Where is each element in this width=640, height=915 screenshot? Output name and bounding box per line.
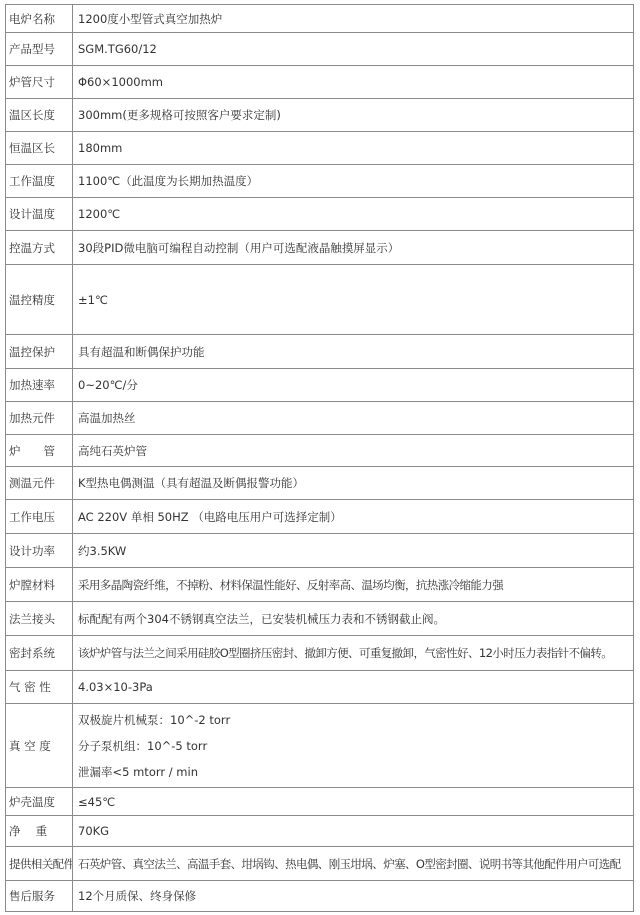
table-row: 温控精度 ±1℃ [6,265,634,335]
row-value-after-sales: 12个月质保、终身保修 [73,881,634,912]
row-value-heating-rate: 0~20℃/分 [73,369,634,402]
table-row: 炉膛材料 采用多晶陶瓷纤维，不掉粉、材料保温性能好、反射率高、温场均衡，抗热涨冷… [6,568,634,602]
row-value-vacuum: 双极旋片机械泵：10^-2 torr 分子泵机组：10^-5 torr 泄漏率<… [73,704,634,788]
row-label-zone-length: 温区长度 [6,99,73,132]
row-label-tube-size: 炉管尺寸 [6,66,73,99]
table-row: 密封系统 该炉炉管与法兰之间采用硅胶O型圈挤压密封、撤卸方便、可重复撤卸，气密性… [6,636,634,671]
row-label-vacuum: 真 空 度 [6,704,73,788]
row-value-furnace-tube: 高纯石英炉管 [73,435,634,467]
row-label-model: 产品型号 [6,33,73,66]
row-value-accessories: 石英炉管、真空法兰、高温手套、坩埚钩、热电偶、刚玉坩埚、炉塞、O型密封圈、说明书… [73,847,634,881]
table-row: 电炉名称 1200度小型管式真空加热炉 [6,5,634,33]
row-label-furnace-name: 电炉名称 [6,5,73,33]
table-row: 工作电压 AC 220V 单相 50HZ （电路电压用户可选择定制） [6,500,634,534]
row-value-working-voltage: AC 220V 单相 50HZ （电路电压用户可选择定制） [73,500,634,534]
table-row: 炉管尺寸 Φ60×1000mm [6,66,634,99]
spec-table-body: 电炉名称 1200度小型管式真空加热炉 产品型号 SGM.TG60/12 炉管尺… [6,5,634,912]
row-value-shell-temp: ≤45℃ [73,788,634,816]
row-label-control-method: 控温方式 [6,231,73,265]
vacuum-line-mechanical-pump: 双极旋片机械泵：10^-2 torr [78,707,628,733]
row-label-furnace-tube: 炉 管 [6,435,73,467]
table-row: 气 密 性 4.03×10-3Pa [6,671,634,704]
row-value-control-accuracy: ±1℃ [73,265,634,335]
row-label-airtightness: 气 密 性 [6,671,73,704]
table-row: 控温方式 30段PID微电脑可编程自动控制（用户可选配液晶触摸屏显示） [6,231,634,265]
table-row: 工作温度 1100℃（此温度为长期加热温度） [6,165,634,198]
table-row: 测温元件 K型热电偶测温（具有超温及断偶报警功能） [6,467,634,500]
table-row: 设计温度 1200℃ [6,198,634,231]
row-label-working-voltage: 工作电压 [6,500,73,534]
row-value-constant-zone: 180mm [73,132,634,165]
table-row: 加热元件 高温加热丝 [6,402,634,435]
row-value-working-temp: 1100℃（此温度为长期加热温度） [73,165,634,198]
row-value-design-temp: 1200℃ [73,198,634,231]
row-label-design-temp: 设计温度 [6,198,73,231]
row-value-temp-sensor: K型热电偶测温（具有超温及断偶报警功能） [73,467,634,500]
row-label-temp-sensor: 测温元件 [6,467,73,500]
row-label-working-temp: 工作温度 [6,165,73,198]
row-label-heating-element: 加热元件 [6,402,73,435]
vacuum-line-molecular-pump: 分子泵机组：10^-5 torr [78,733,628,759]
table-row: 加热速率 0~20℃/分 [6,369,634,402]
row-value-tube-size: Φ60×1000mm [73,66,634,99]
table-row: 温区长度 300mm(更多规格可按照客户要求定制) [6,99,634,132]
row-value-furnace-name: 1200度小型管式真空加热炉 [73,5,634,33]
table-row: 温控保护 具有超温和断偶保护功能 [6,335,634,369]
row-label-seal-system: 密封系统 [6,636,73,671]
row-label-flange: 法兰接头 [6,602,73,636]
table-row: 炉 管 高纯石英炉管 [6,435,634,467]
row-label-after-sales: 售后服务 [6,881,73,912]
vacuum-line-leak-rate: 泄漏率<5 mtorr / min [78,759,628,785]
row-label-chamber-material: 炉膛材料 [6,568,73,602]
row-value-seal-system: 该炉炉管与法兰之间采用硅胶O型圈挤压密封、撤卸方便、可重复撤卸，气密性好、12小… [73,636,634,671]
row-label-design-power: 设计功率 [6,534,73,568]
row-label-temp-protection: 温控保护 [6,335,73,369]
row-value-zone-length: 300mm(更多规格可按照客户要求定制) [73,99,634,132]
table-row: 产品型号 SGM.TG60/12 [6,33,634,66]
row-value-flange: 标配配有两个304不锈钢真空法兰，已安装机械压力表和不锈钢截止阀。 [73,602,634,636]
table-row: 设计功率 约3.5KW [6,534,634,568]
row-value-net-weight: 70KG [73,816,634,847]
table-row: 法兰接头 标配配有两个304不锈钢真空法兰，已安装机械压力表和不锈钢截止阀。 [6,602,634,636]
row-label-shell-temp: 炉壳温度 [6,788,73,816]
row-label-net-weight: 净 重 [6,816,73,847]
table-row: 恒温区长 180mm [6,132,634,165]
row-label-constant-zone: 恒温区长 [6,132,73,165]
table-row: 提供相关配件 石英炉管、真空法兰、高温手套、坩埚钩、热电偶、刚玉坩埚、炉塞、O型… [6,847,634,881]
row-value-heating-element: 高温加热丝 [73,402,634,435]
table-row: 净 重 70KG [6,816,634,847]
row-label-heating-rate: 加热速率 [6,369,73,402]
row-value-airtightness: 4.03×10-3Pa [73,671,634,704]
row-value-design-power: 约3.5KW [73,534,634,568]
table-row: 真 空 度 双极旋片机械泵：10^-2 torr 分子泵机组：10^-5 tor… [6,704,634,788]
row-value-model: SGM.TG60/12 [73,33,634,66]
row-value-control-method: 30段PID微电脑可编程自动控制（用户可选配液晶触摸屏显示） [73,231,634,265]
row-label-accessories: 提供相关配件 [6,847,73,881]
table-row: 炉壳温度 ≤45℃ [6,788,634,816]
row-value-temp-protection: 具有超温和断偶保护功能 [73,335,634,369]
spec-table: 电炉名称 1200度小型管式真空加热炉 产品型号 SGM.TG60/12 炉管尺… [5,4,634,912]
table-row: 售后服务 12个月质保、终身保修 [6,881,634,912]
row-label-control-accuracy: 温控精度 [6,265,73,335]
row-value-chamber-material: 采用多晶陶瓷纤维，不掉粉、材料保温性能好、反射率高、温场均衡，抗热涨冷缩能力强 [73,568,634,602]
